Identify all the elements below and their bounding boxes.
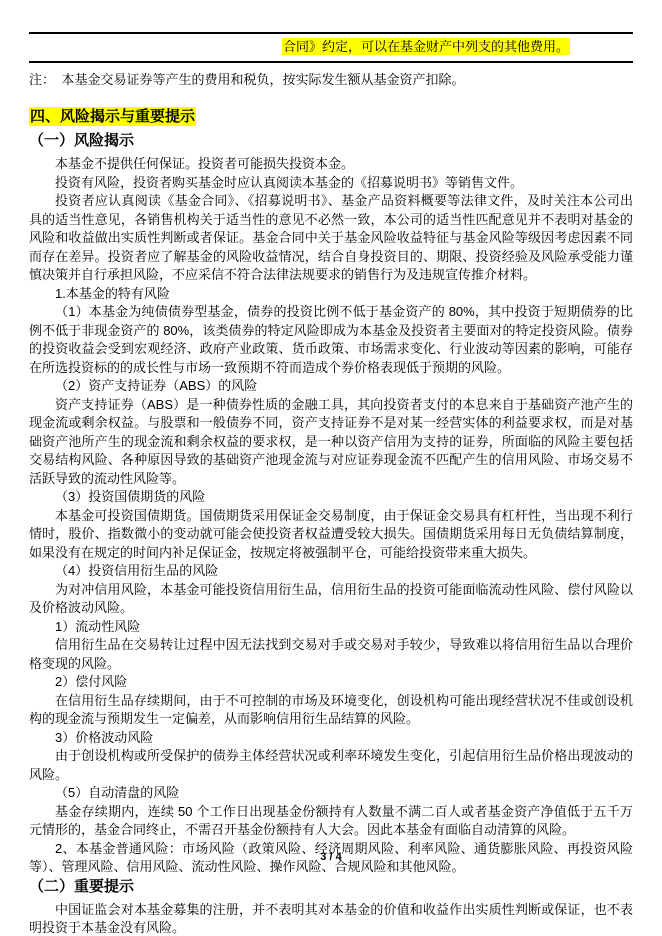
paragraph-abs-risk: 资产支持证券（ABS）是一种债券性质的金融工具，其向投资者支付的本息来自于基础资…: [29, 396, 633, 489]
subheading-liquidity-risk: 1）流动性风险: [29, 618, 633, 637]
paragraph-investment-risk: 投资有风险，投资者购买基金时应认真阅读本基金的《招募说明书》等销售文件。: [29, 174, 633, 193]
subheading-auto-liquidation-risk: （5）自动清盘的风险: [29, 784, 633, 803]
risk-disclosure-body: 本基金不提供任何保证。投资者可能损失投资本金。 投资有风险，投资者购买基金时应认…: [29, 155, 633, 877]
paragraph-read-documents: 投资者应认真阅读《基金合同》、《招募说明书》、基金产品资料概要等法律文件，及时关…: [29, 192, 633, 285]
section-heading-risk-and-notice: 四、风险揭示与重要提示: [29, 106, 633, 127]
paragraph-bond-fund-risk: （1）本基金为纯债债券型基金，债券的投资比例不低于基金资产的 80%，其中投资于…: [29, 303, 633, 377]
paragraph-liquidity-risk: 信用衍生品在交易转让过程中因无法找到交易对手或交易对手较少，导致难以将信用衍生品…: [29, 636, 633, 673]
paragraph-no-guarantee: 本基金不提供任何保证。投资者可能损失投资本金。: [29, 155, 633, 174]
subheading-repayment-risk: 2）偿付风险: [29, 673, 633, 692]
section-heading-highlighted-text: 四、风险揭示与重要提示: [29, 107, 196, 126]
paragraph-csrc-notice: 中国证监会对本基金募集的注册，并不表明其对本基金的价值和收益作出实质性判断或保证…: [29, 901, 633, 936]
paragraph-treasury-futures-risk: 本基金可投资国债期货。国债期货采用保证金交易制度，由于保证金交易具有杠杆性，当出…: [29, 507, 633, 563]
subsection-heading-risk-disclosure: （一）风险揭示: [29, 130, 633, 151]
page-number: 3 / 4: [0, 851, 662, 863]
subsection-heading-important-notice: （二）重要提示: [29, 877, 633, 897]
fee-table-remnant-row: 合同》约定，可以在基金财产中列支的其他费用。: [29, 32, 633, 63]
paragraph-credit-derivatives-risk: 为对冲信用风险，本基金可能投资信用衍生品，信用衍生品的投资可能面临流动性风险、偿…: [29, 581, 633, 618]
subheading-specific-risks: 1.本基金的特有风险: [29, 285, 633, 304]
paragraph-auto-liquidation-risk: 基金存续期内，连续 50 个工作日出现基金份额持有人数量不满二百人或者基金资产净…: [29, 803, 633, 840]
subheading-abs-risk: （2）资产支持证券（ABS）的风险: [29, 377, 633, 396]
table-footnote: 注： 本基金交易证券等产生的费用和税负，按实际发生额从基金资产扣除。: [29, 71, 633, 89]
subheading-price-volatility-risk: 3）价格波动风险: [29, 729, 633, 748]
subheading-credit-derivatives-risk: （4）投资信用衍生品的风险: [29, 562, 633, 581]
important-notice-body: 中国证监会对本基金募集的注册，并不表明其对本基金的价值和收益作出实质性判断或保证…: [29, 901, 633, 936]
paragraph-price-volatility-risk: 由于创设机构或所受保护的债券主体经营状况或利率环境发生变化，引起信用衍生品价格出…: [29, 747, 633, 784]
subheading-treasury-futures-risk: （3）投资国债期货的风险: [29, 488, 633, 507]
paragraph-repayment-risk: 在信用衍生品存续期间，由于不可控制的市场及环境变化，创设机构可能出现经营状况不佳…: [29, 692, 633, 729]
document-page: 合同》约定，可以在基金财产中列支的其他费用。 注： 本基金交易证券等产生的费用和…: [0, 0, 662, 936]
highlighted-table-cell-text: 合同》约定，可以在基金财产中列支的其他费用。: [282, 38, 570, 55]
